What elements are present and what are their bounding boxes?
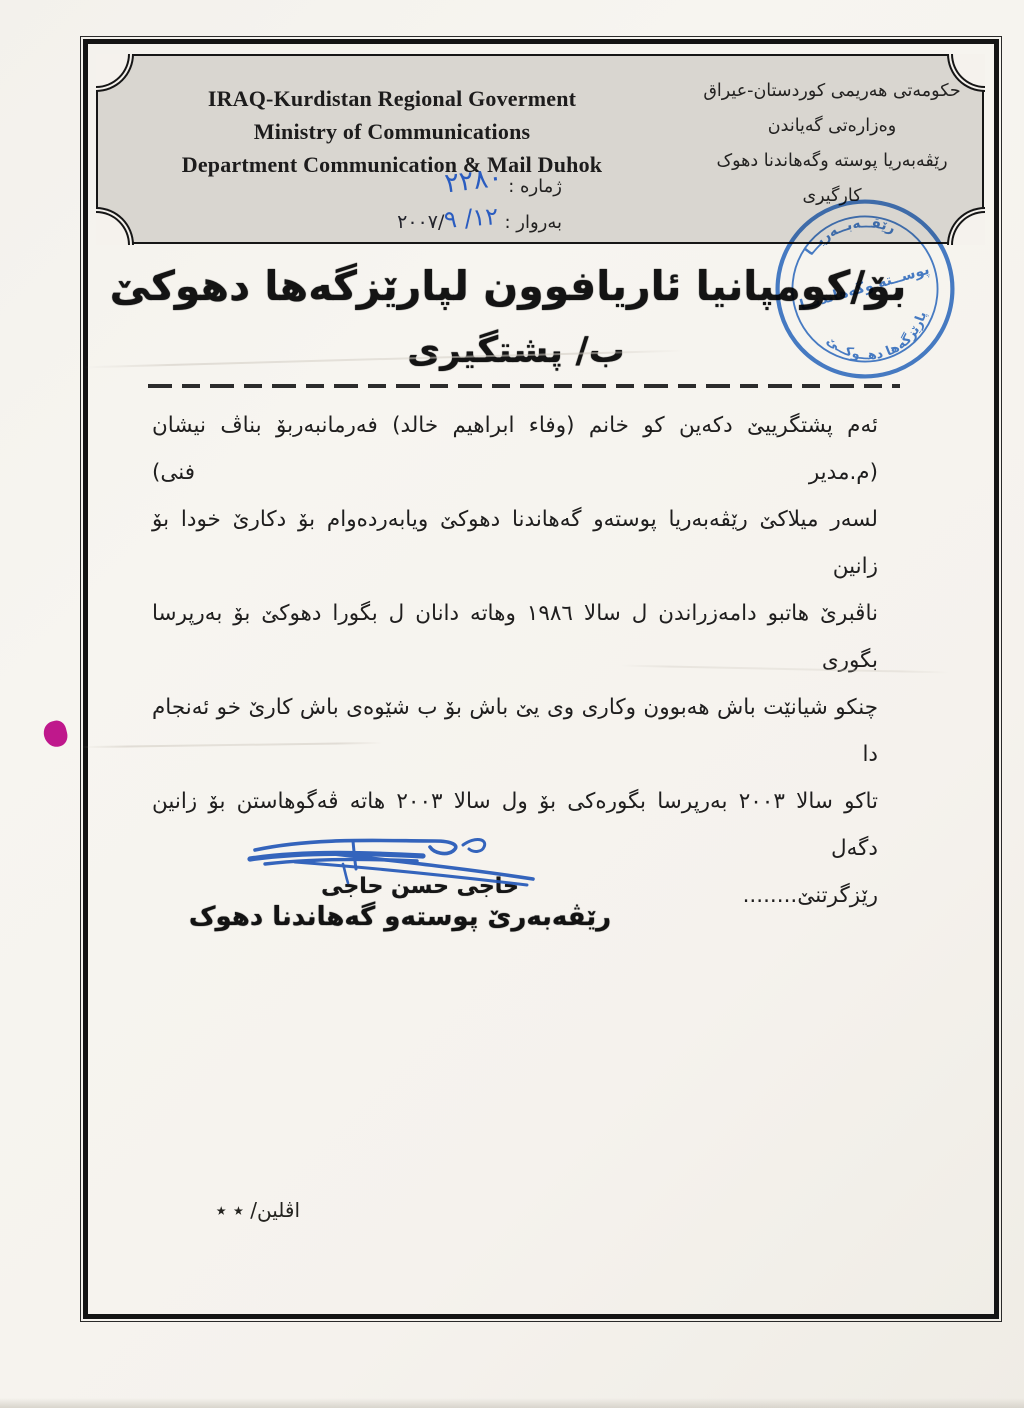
body-line: چنکو شیانێت باش هەبوون وکاری وی یێ باش ب… xyxy=(152,684,878,778)
scan-edge-shadow xyxy=(0,1398,1024,1408)
number-label: ژماره : xyxy=(508,176,562,197)
typist-initials: اڤلین/ ٭ ٭ xyxy=(160,1198,300,1222)
body-line: ناڤبرێ هاتبو دامەزراندن ل سالا ١٩٨٦ وهات… xyxy=(152,590,878,684)
letterhead-english-block: IRAQ-Kurdistan Regional Goverment Minist… xyxy=(112,82,672,181)
date-printed-year: ٢٠٠٧/ xyxy=(397,211,444,233)
letterhead-english-government: IRAQ-Kurdistan Regional Goverment xyxy=(112,82,672,115)
dashed-separator xyxy=(148,384,900,388)
svg-text:رێڤــەبــەریــا: رێڤــەبــەریــا xyxy=(797,205,901,262)
letterhead-kurdish-directorate: رێڤەبەریا پوستە وگەهاندنا دهوک xyxy=(686,144,978,179)
letterhead-corner-ornament xyxy=(96,207,134,245)
ink-dot xyxy=(41,719,70,750)
stamp-arc-top-text: رێڤــەبــەریــا xyxy=(797,205,901,262)
svg-text:پارێزگەها دهــوکــێ: پارێزگەها دهــوکــێ xyxy=(821,306,939,376)
date-label: بەروار : xyxy=(504,212,562,233)
signatory-title: رێڤەبەرێ پوستەو گەهاندنا دهوک xyxy=(150,902,650,932)
letterhead-english-ministry: Ministry of Communications xyxy=(112,115,672,148)
stamp-arc-bottom-text: پارێزگەها دهــوکــێ xyxy=(821,306,939,376)
reference-number-and-date: ژماره : ٢٢٨٠ بەروار : ٢٠٠٧/١٢/ ٩ xyxy=(397,168,562,244)
body-line: لسەر میلاکێ رێڤەبەریا پوستەو گەهاندنا ده… xyxy=(152,496,878,590)
reference-number-row: ژماره : ٢٢٨٠ xyxy=(397,168,562,206)
handwritten-signature-icon xyxy=(235,820,555,890)
letterhead-kurdish-government: حکومەتی هەریمی کوردستان-عیراق xyxy=(686,74,978,109)
date-handwritten-value: ١٢/ ٩ xyxy=(443,202,499,234)
date-value: ٢٠٠٧/١٢/ ٩ xyxy=(397,212,499,233)
letterhead-kurdish-ministry: وەزارەتی گەیاندن xyxy=(686,109,978,144)
scanned-letter-page: IRAQ-Kurdistan Regional Goverment Minist… xyxy=(0,0,1024,1408)
letterhead-english-department: Department Communication & Mail Duhok xyxy=(112,148,672,181)
body-line: ئەم پشتگرییێ دکەین کو خانم (وفاء ابراهیم… xyxy=(152,402,878,496)
date-row: بەروار : ٢٠٠٧/١٢/ ٩ xyxy=(397,206,562,244)
stamp-middle-text: پوســتە وگەهاندنــا xyxy=(798,260,932,314)
number-handwritten-value: ٢٢٨٠ xyxy=(442,162,503,200)
